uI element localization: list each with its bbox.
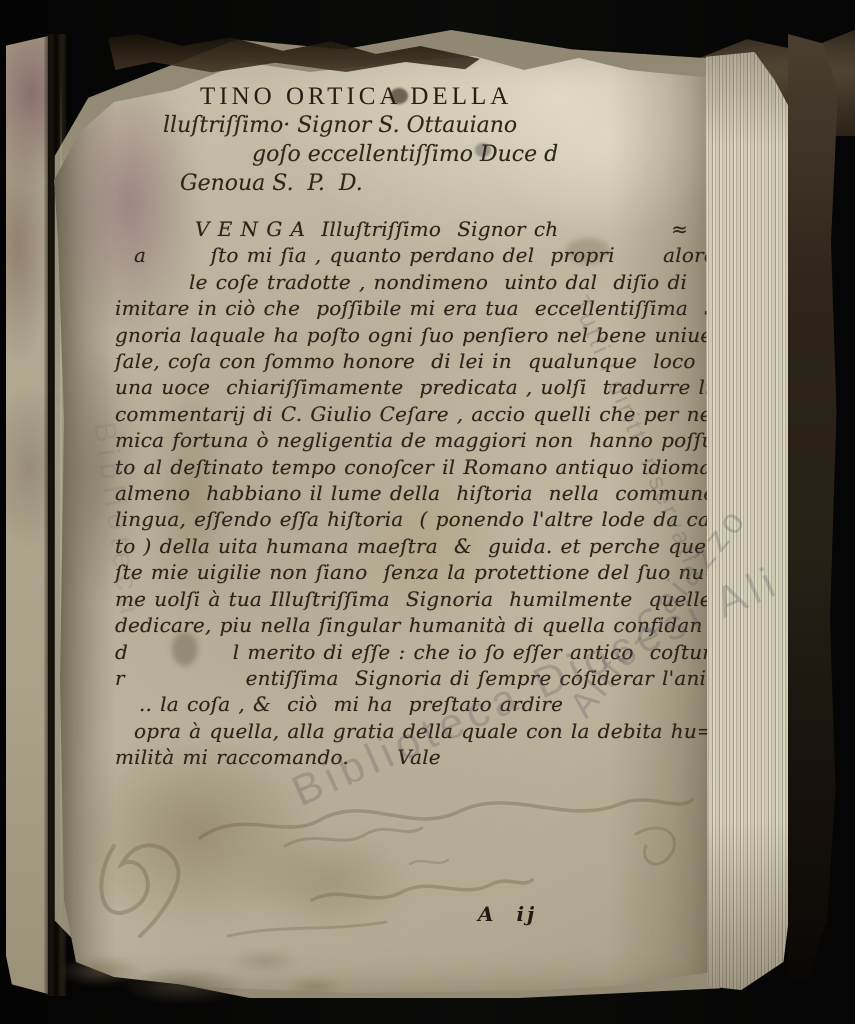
- text-line: to ) della uita humana maeſtra & guida. …: [115, 533, 705, 559]
- text-line: .. la coſa , & ciò mi ha preſtato ardire: [115, 691, 705, 717]
- text-line: lingua, eſſendo eſſa hiſtoria ( ponendo …: [115, 506, 705, 532]
- facing-page-edge: [6, 36, 48, 994]
- text-line: una uoce chiariſſimamente predicata , uo…: [115, 374, 705, 400]
- heading-line: TINO ORTICA DELLA: [115, 82, 705, 111]
- text-line: mica fortuna ò negligentia de maggiori n…: [115, 427, 705, 453]
- heading-line: goſo eccellentiſſimo Duce d: [115, 140, 705, 169]
- text-line: imitare in ciò che poſſibile mi era tua …: [115, 295, 705, 321]
- book-page: TINO ORTICA DELLA lluſtriſſimo· Signor S…: [52, 40, 712, 995]
- book-cover-board: [788, 34, 838, 978]
- text-line: commentarij di C. Giulio Ceſare , accio …: [115, 401, 705, 427]
- text-line: ſale, coſa con ſommo honore di lei in qu…: [115, 348, 705, 374]
- text-line: r entiſſima Signoria di ſempre cóſiderar…: [115, 665, 705, 691]
- text-line: almeno habbiano il lume della hiſtoria n…: [115, 480, 705, 506]
- text-line: dedicare, piu nella ſingular humanità di…: [115, 612, 705, 638]
- text-line: me uolſi à tua Illuſtriſſima Signoria hu…: [115, 586, 705, 612]
- text-line: milità mi raccomando. Vale: [115, 744, 705, 770]
- text-line: to al deſtinato tempo conoſcer il Romano…: [115, 454, 705, 480]
- text-line: le coſe tradotte , nondimeno uinto dal d…: [115, 269, 705, 295]
- heading-line: lluſtriſſimo· Signor S. Ottauiano: [115, 111, 705, 140]
- dedication-body: V E N G A Illuſtriſſimo Signor ch ≈ a ſt…: [115, 216, 705, 771]
- text-line: d l merito di eſſe : che io ſo eſſer ant…: [115, 639, 705, 665]
- dedication-heading: TINO ORTICA DELLA lluſtriſſimo· Signor S…: [115, 82, 705, 198]
- text-line: gnoria laquale ha poſto ogni ſuo penſier…: [115, 322, 705, 348]
- book-scan-photo: TINO ORTICA DELLA lluſtriſſimo· Signor S…: [0, 0, 855, 1024]
- page-stack-fore-edge: [706, 52, 794, 990]
- heading-line: Genoua S. P. D.: [115, 169, 705, 198]
- text-line: V E N G A Illuſtriſſimo Signor ch ≈: [115, 216, 705, 242]
- text-line: a ſto mi ſia , quanto perdano del propri…: [115, 242, 705, 268]
- text-line: opra à quella, alla gratia della quale c…: [115, 718, 705, 744]
- binding-frays: [34, 916, 364, 1016]
- text-line: ſte mie uigilie non ſiano ſenza la prote…: [115, 559, 705, 585]
